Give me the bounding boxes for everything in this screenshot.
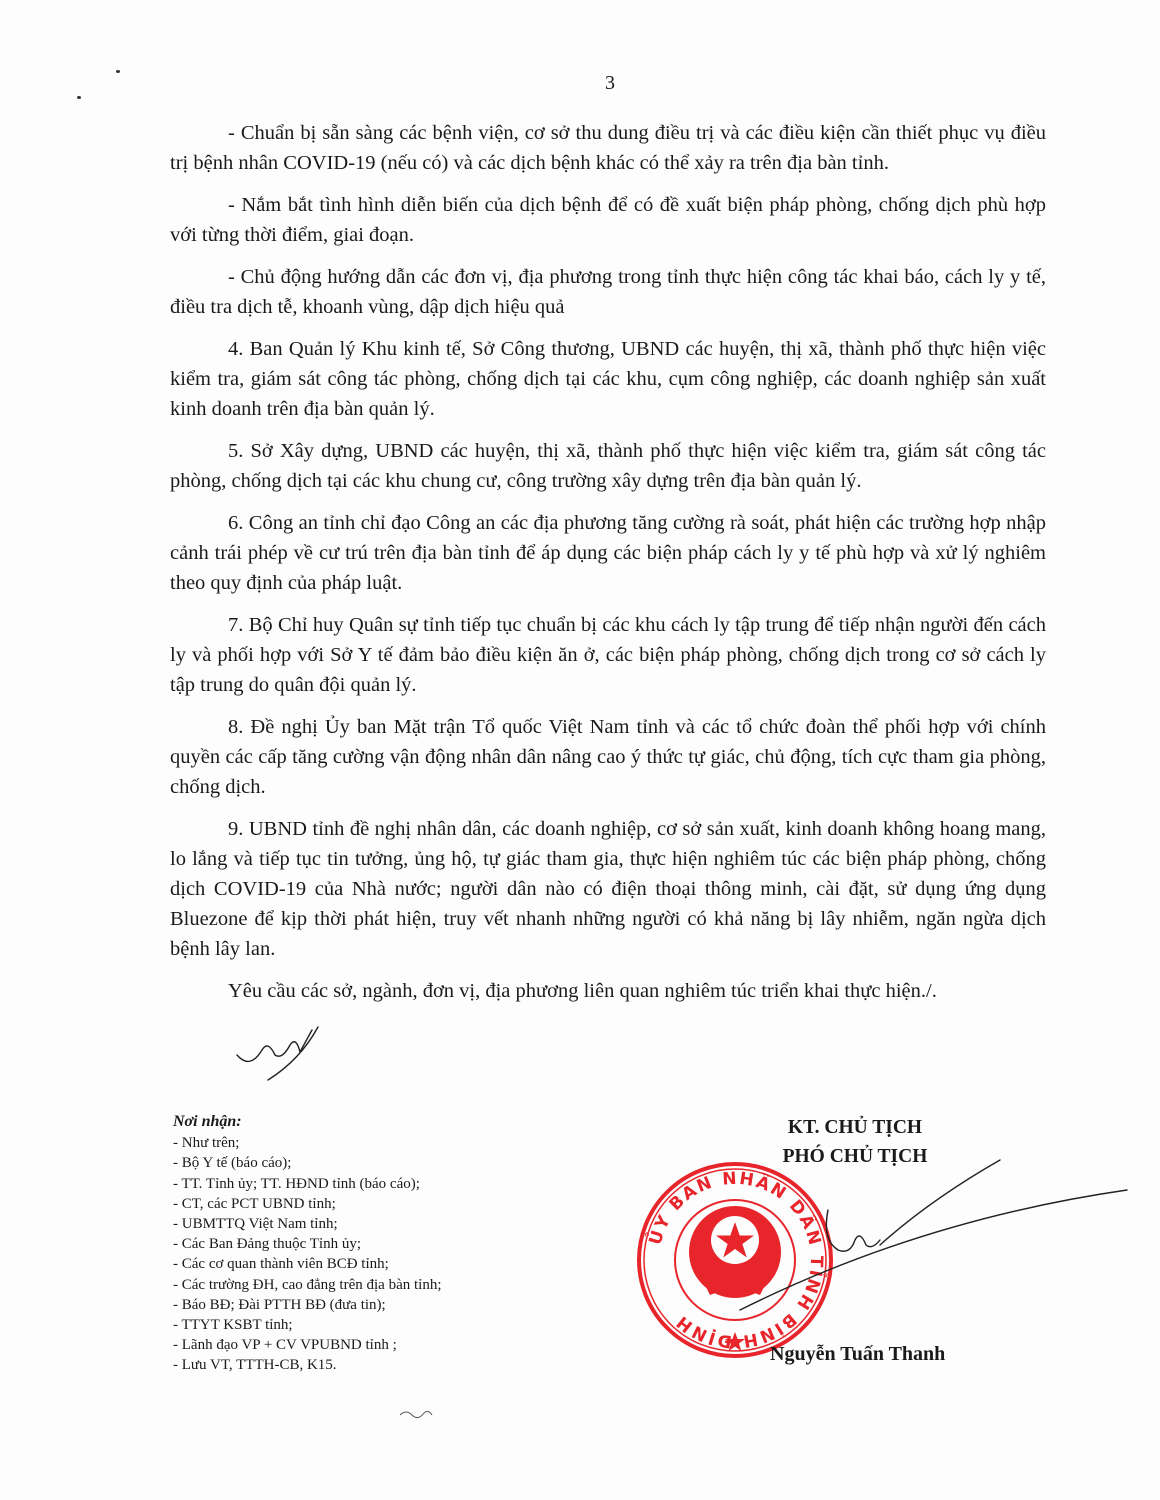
paragraph-prepare-hospitals: - Chuẩn bị sẵn sàng các bệnh viện, cơ sở… [170, 118, 1046, 178]
paragraph-item-5: 5. Sở Xây dựng, UBND các huyện, thị xã, … [170, 436, 1046, 496]
paragraph-item-7: 7. Bộ Chỉ huy Quân sự tỉnh tiếp tục chuẩ… [170, 610, 1046, 700]
paragraph-item-9: 9. UBND tỉnh đề nghị nhân dân, các doanh… [170, 814, 1046, 964]
paragraph-guide-units: - Chủ động hướng dẫn các đơn vị, địa phư… [170, 262, 1046, 322]
recipient-item: - Bộ Y tế (báo cáo); [173, 1153, 441, 1173]
paragraph-monitor-situation: - Nắm bắt tình hình diễn biến của dịch b… [170, 190, 1046, 250]
paragraph-closing: Yêu cầu các sở, ngành, đơn vị, địa phươn… [170, 976, 1046, 1006]
recipient-item: - TTYT KSBT tỉnh; [173, 1315, 441, 1335]
recipient-item: - Các cơ quan thành viên BCĐ tỉnh; [173, 1254, 441, 1274]
recipient-item: - Các Ban Đảng thuộc Tỉnh ủy; [173, 1234, 441, 1254]
paragraph-item-6: 6. Công an tỉnh chỉ đạo Công an các địa … [170, 508, 1046, 598]
document-body: - Chuẩn bị sẵn sàng các bệnh viện, cơ sở… [170, 118, 1046, 1018]
recipients-title: Nơi nhận: [173, 1112, 441, 1132]
recipient-item: - UBMTTQ Việt Nam tỉnh; [173, 1214, 441, 1234]
recipient-item: - Lưu VT, TTTH-CB, K15. [173, 1355, 441, 1375]
recipient-item: - Các trường ĐH, cao đẳng trên địa bàn t… [173, 1275, 441, 1295]
paragraph-item-8: 8. Đề nghị Ủy ban Mặt trận Tổ quốc Việt … [170, 712, 1046, 802]
recipient-item: - Báo BĐ; Đài PTTH BĐ (đưa tin); [173, 1295, 441, 1315]
scan-speck [77, 96, 81, 99]
recipient-item: - Lãnh đạo VP + CV VPUBND tỉnh ; [173, 1335, 441, 1355]
signer-name: Nguyễn Tuấn Thanh [770, 1343, 945, 1366]
page-number: 3 [0, 72, 1160, 95]
recipient-item: - TT. Tỉnh ủy; TT. HĐND tỉnh (báo cáo); [173, 1174, 441, 1194]
recipient-item: - Như trên; [173, 1133, 441, 1153]
signature-line-1: KT. CHỦ TỊCH [760, 1113, 950, 1142]
paragraph-item-4: 4. Ban Quản lý Khu kinh tế, Sở Công thươ… [170, 334, 1046, 424]
official-seal-icon: ỦY BAN NHÂN DÂN TỈNH BÌNH ĐỊNH [635, 1160, 835, 1360]
recipients-list: Nơi nhận: - Như trên; - Bộ Y tế (báo cáo… [173, 1112, 441, 1376]
recipient-item: - CT, các PCT UBND tỉnh; [173, 1194, 441, 1214]
